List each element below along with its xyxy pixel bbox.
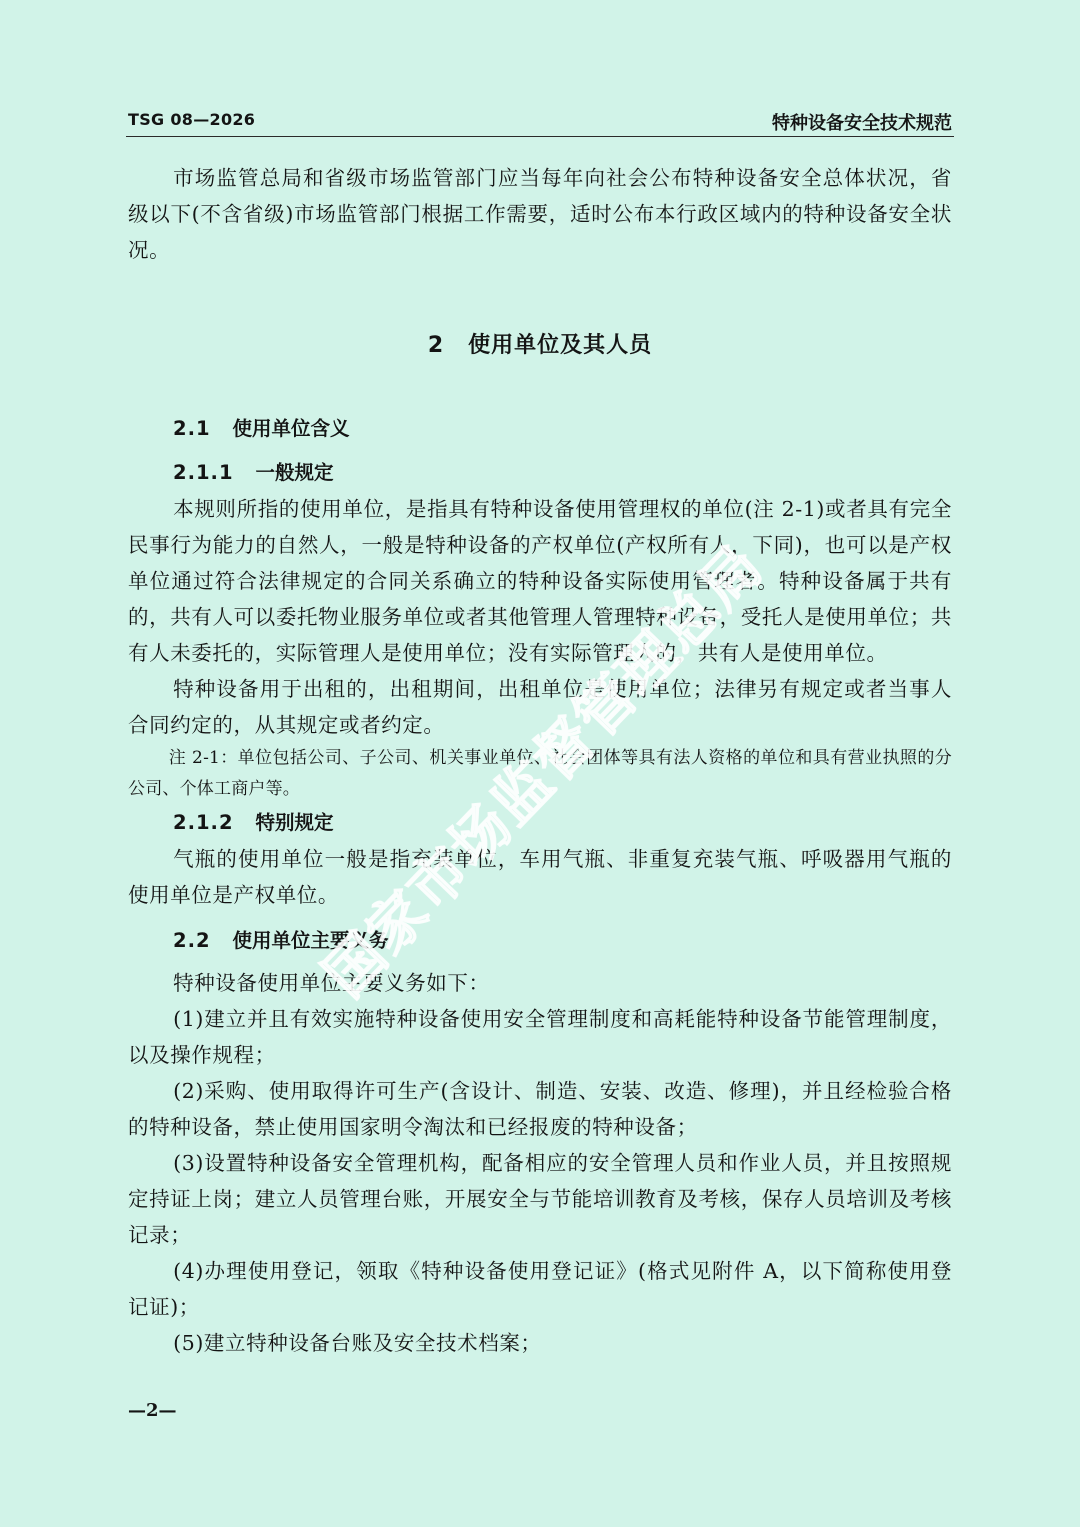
paragraph: 气瓶的使用单位一般是指充装单位，车用气瓶、非重复充装气瓶、呼吸器用气瓶的使用单位…: [128, 841, 952, 913]
section-heading-2-1: 2.1使用单位含义: [128, 411, 952, 447]
section-title: 使用单位含义: [233, 417, 350, 440]
footnote: 注 2-1：单位包括公司、子公司、机关事业单位、社会团体等具有法人资格的单位和具…: [128, 743, 952, 805]
section-title: 使用单位主要义务: [233, 929, 389, 952]
page-number: —2—: [128, 1400, 177, 1421]
obligation-item: (4)办理使用登记，领取《特种设备使用登记证》(格式见附件 A，以下简称使用登记…: [128, 1253, 952, 1325]
obligation-item: (2)采购、使用取得许可生产(含设计、制造、安装、改造、修理)，并且经检验合格的…: [128, 1073, 952, 1145]
obligations-lead: 特种设备使用单位主要义务如下：: [128, 965, 952, 1001]
subsection-number: 2.1.2: [173, 811, 234, 834]
chapter-heading: 2使用单位及其人员: [128, 328, 952, 359]
subsection-heading-2-1-1: 2.1.1一般规定: [128, 455, 952, 491]
section-number: 2.1: [173, 417, 211, 440]
subsection-title: 特别规定: [256, 811, 334, 834]
intro-paragraph: 市场监管总局和省级市场监管部门应当每年向社会公布特种设备安全总体状况，省级以下(…: [128, 160, 952, 268]
section-number: 2.2: [173, 929, 211, 952]
page-header: TSG 08—2026 特种设备安全技术规范: [126, 108, 954, 137]
document-code: TSG 08—2026: [128, 110, 255, 129]
subsection-number: 2.1.1: [173, 461, 234, 484]
paragraph: 本规则所指的使用单位，是指具有特种设备使用管理权的单位(注 2-1)或者具有完全…: [128, 491, 952, 671]
obligation-item: (5)建立特种设备台账及安全技术档案；: [128, 1325, 952, 1361]
paragraph: 特种设备用于出租的，出租期间，出租单位是使用单位；法律另有规定或者当事人合同约定…: [128, 671, 952, 743]
subsection-heading-2-1-2: 2.1.2特别规定: [128, 805, 952, 841]
chapter-number: 2: [428, 333, 444, 358]
page-content: 市场监管总局和省级市场监管部门应当每年向社会公布特种设备安全总体状况，省级以下(…: [128, 160, 952, 1361]
obligation-item: (1)建立并且有效实施特种设备使用安全管理制度和高耗能特种设备节能管理制度，以及…: [128, 1001, 952, 1073]
document-series-title: 特种设备安全技术规范: [772, 109, 952, 135]
subsection-title: 一般规定: [256, 461, 334, 484]
chapter-title: 使用单位及其人员: [468, 333, 652, 358]
obligation-item: (3)设置特种设备安全管理机构，配备相应的安全管理人员和作业人员，并且按照规定持…: [128, 1145, 952, 1253]
section-heading-2-2: 2.2使用单位主要义务: [128, 923, 952, 959]
